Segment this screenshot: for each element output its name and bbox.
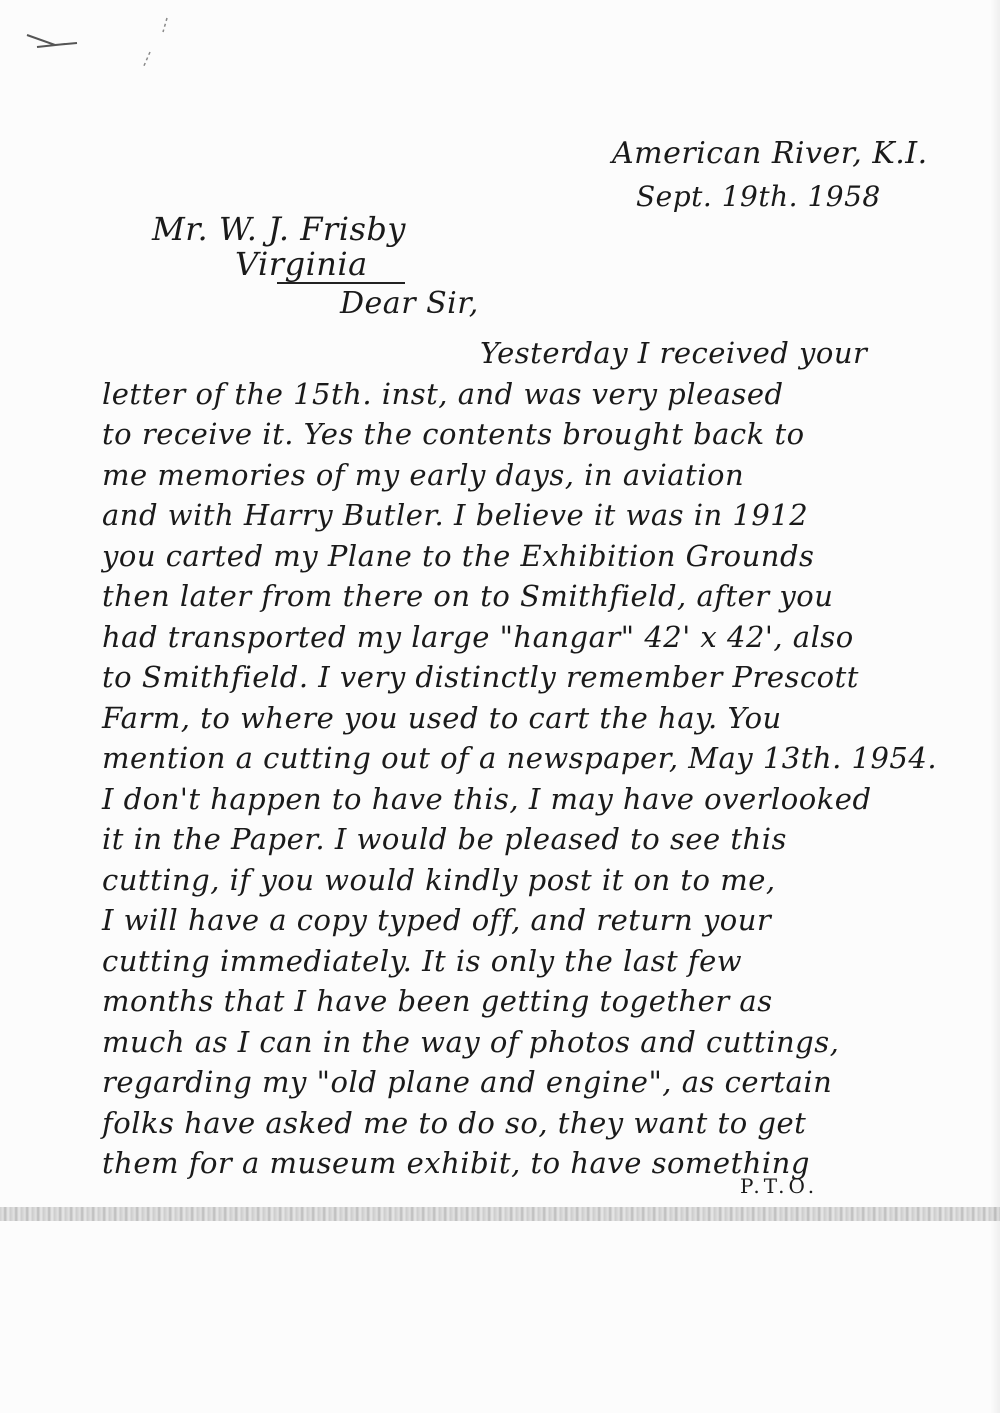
letter-body-line: to receive it. Yes the contents brought … (102, 417, 805, 451)
letter-body-line: Farm, to where you used to cart the hay.… (102, 701, 782, 735)
scan-speck-marks (130, 10, 170, 90)
letter-body-line: much as I can in the way of photos and c… (102, 1025, 839, 1059)
letter-body-line: Yesterday I received your (480, 336, 867, 370)
letter-body-line: it in the Paper. I would be pleased to s… (102, 822, 787, 856)
letter-page: American River, K.I. Sept. 19th. 1958 Mr… (0, 0, 1000, 1413)
location-underline (277, 282, 405, 284)
letter-body-line: cutting, if you would kindly post it on … (102, 863, 776, 897)
letter-body-line: cutting immediately. It is only the last… (102, 944, 742, 978)
page-turn-note: P.T.O. (740, 1174, 818, 1198)
scan-edge-shadow (990, 0, 1000, 1413)
letter-date: Sept. 19th. 1958 (636, 180, 881, 213)
letter-body-line: letter of the 15th. inst, and was very p… (102, 377, 784, 411)
letter-body-line: folks have asked me to do so, they want … (102, 1106, 806, 1140)
letter-salutation: Dear Sir, (340, 286, 479, 321)
letter-addressee-location: Virginia (235, 245, 368, 283)
letter-addressee: Mr. W. J. Frisby (152, 210, 406, 248)
scan-artifact-band (0, 1207, 1000, 1221)
letter-place: American River, K.I. (612, 136, 928, 171)
pen-mark-icon (25, 33, 80, 51)
letter-body-line: I don't happen to have this, I may have … (102, 782, 872, 816)
letter-body-line: me memories of my early days, in aviatio… (102, 458, 744, 492)
letter-body-line: had transported my large "hangar" 42' x … (102, 620, 854, 654)
letter-body-line: them for a museum exhibit, to have somet… (102, 1146, 810, 1180)
letter-body-line: months that I have been getting together… (102, 984, 773, 1018)
letter-body-line: then later from there on to Smithfield, … (102, 579, 833, 613)
letter-body-line: you carted my Plane to the Exhibition Gr… (102, 539, 814, 573)
letter-body-line: to Smithfield. I very distinctly remembe… (102, 660, 859, 694)
letter-body-line: mention a cutting out of a newspaper, Ma… (102, 741, 937, 775)
letter-body-line: regarding my "old plane and engine", as … (102, 1065, 832, 1099)
letter-body-line: I will have a copy typed off, and return… (102, 903, 771, 937)
letter-body-line: and with Harry Butler. I believe it was … (102, 498, 808, 532)
